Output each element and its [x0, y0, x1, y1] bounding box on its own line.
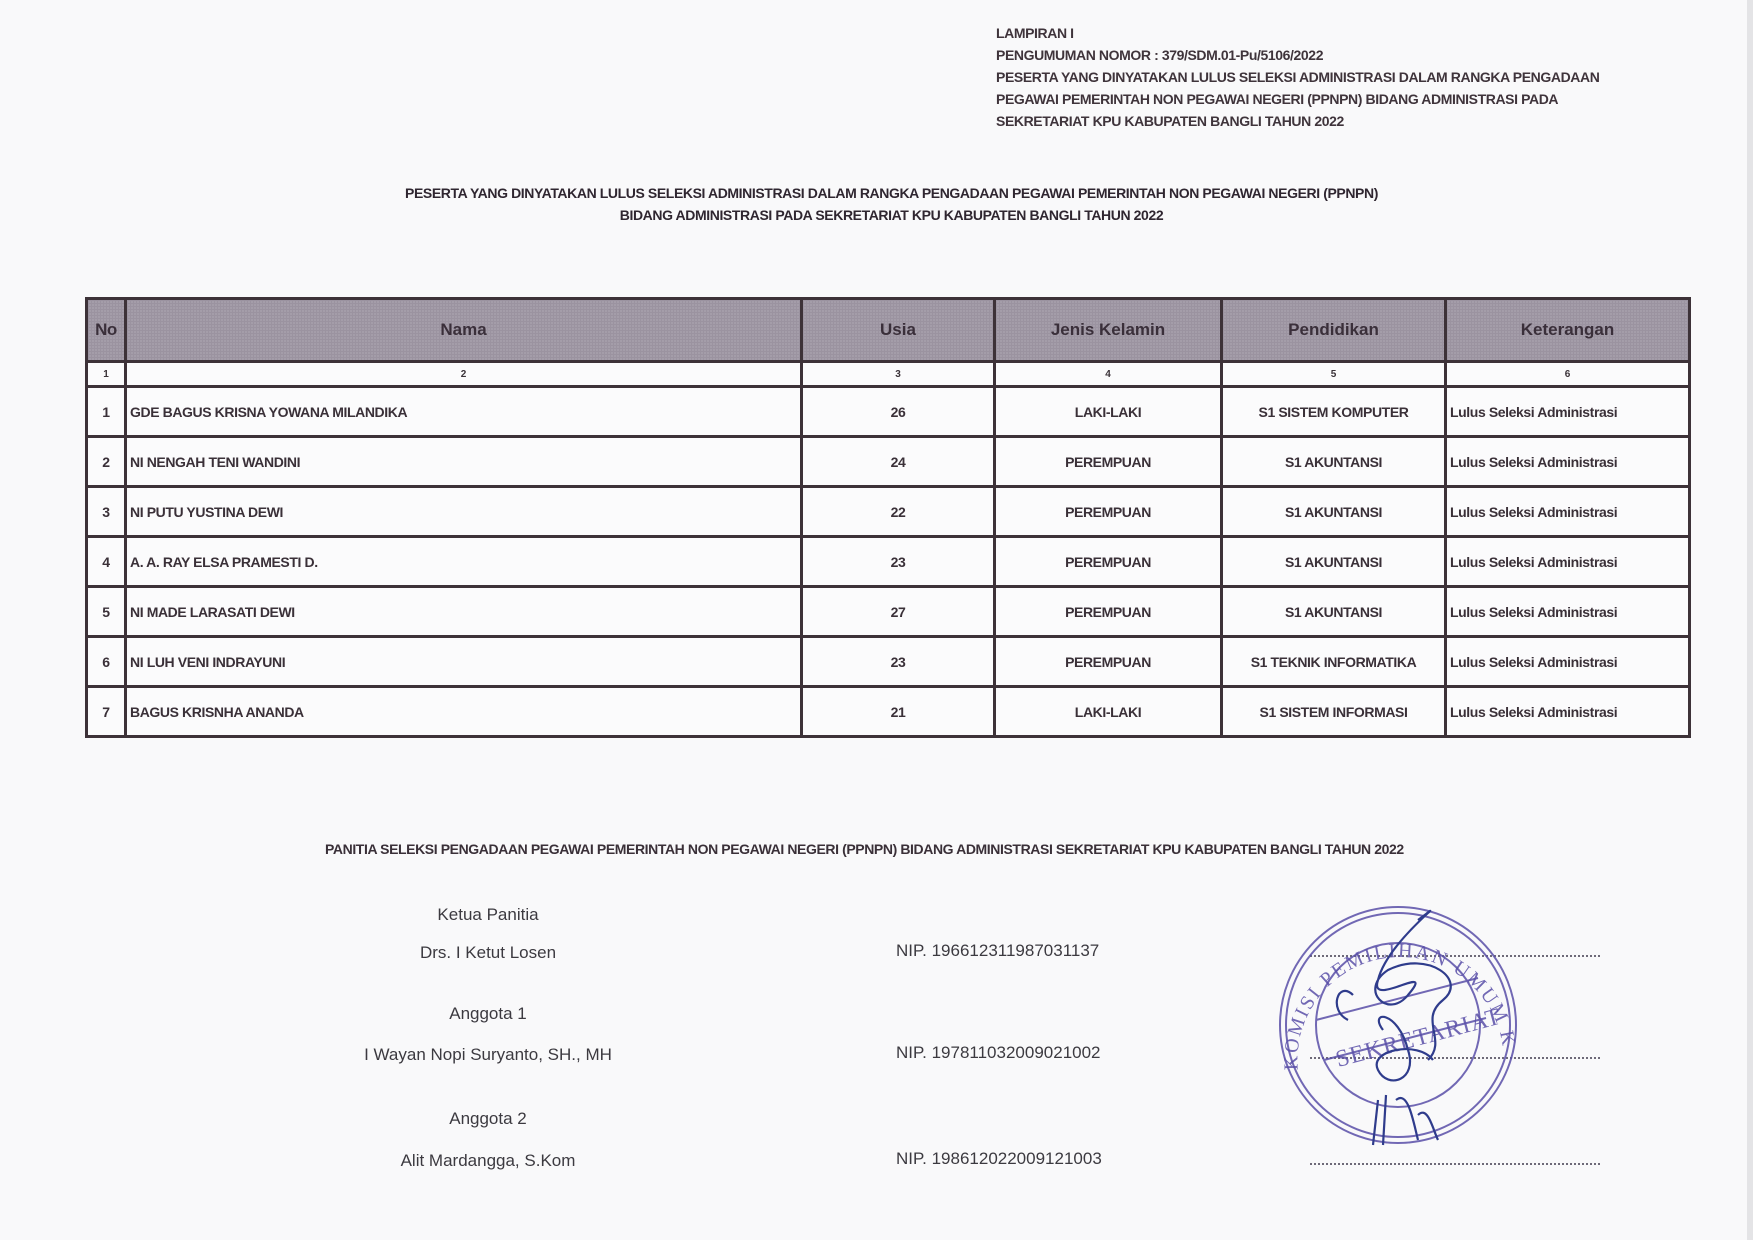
cell-pendidikan: S1 AKUNTANSI [1222, 587, 1446, 637]
table-row: 7BAGUS KRISNHA ANANDA21LAKI-LAKIS1 SISTE… [87, 687, 1690, 737]
page-title-line-2: BIDANG ADMINISTRASI PADA SEKRETARIAT KPU… [0, 204, 1753, 226]
column-header-pendidikan: Pendidikan [1222, 299, 1446, 362]
cell-jenis-kelamin: PEREMPUAN [995, 637, 1222, 687]
table-row: 2NI NENGAH TENI WANDINI24PEREMPUANS1 AKU… [87, 437, 1690, 487]
cell-pendidikan: S1 SISTEM INFORMASI [1222, 687, 1446, 737]
member-nip-chair: NIP. 196612311987031137 [896, 941, 1099, 961]
cell-nama: NI LUH VENI INDRAYUNI [126, 637, 802, 687]
cell-nama: NI PUTU YUSTINA DEWI [126, 487, 802, 537]
cell-no: 1 [87, 387, 126, 437]
cell-pendidikan: S1 SISTEM KOMPUTER [1222, 387, 1446, 437]
cell-keterangan: Lulus Seleksi Administrasi [1446, 487, 1690, 537]
member-name-chair: Drs. I Ketut Losen [288, 943, 688, 963]
cell-jenis-kelamin: PEREMPUAN [995, 537, 1222, 587]
column-header-jenis-kelamin: Jenis Kelamin [995, 299, 1222, 362]
table-header-row: No Nama Usia Jenis Kelamin Pendidikan Ke… [87, 299, 1690, 362]
cell-pendidikan: S1 AKUNTANSI [1222, 537, 1446, 587]
cell-nama: NI MADE LARASATI DEWI [126, 587, 802, 637]
column-header-nama: Nama [126, 299, 802, 362]
member-name-member-2: Alit Mardangga, S.Kom [288, 1151, 688, 1171]
cell-no: 2 [87, 437, 126, 487]
column-index: 3 [802, 362, 995, 387]
committee-title-text: PANITIA SELEKSI PENGADAAN PEGAWAI PEMERI… [325, 840, 1404, 858]
cell-no: 4 [87, 537, 126, 587]
page-title: PESERTA YANG DINYATAKAN LULUS SELEKSI AD… [0, 182, 1753, 226]
cell-jenis-kelamin: LAKI-LAKI [995, 687, 1222, 737]
cell-no: 5 [87, 587, 126, 637]
cell-usia: 23 [802, 637, 995, 687]
member-name-member-1: I Wayan Nopi Suryanto, SH., MH [288, 1045, 688, 1065]
signature-line-member-2 [1310, 1163, 1600, 1165]
participants-table: No Nama Usia Jenis Kelamin Pendidikan Ke… [85, 297, 1691, 738]
member-role-chair: Ketua Panitia [288, 905, 688, 925]
cell-usia: 24 [802, 437, 995, 487]
table-row: 4A. A. RAY ELSA PRAMESTI D.23PEREMPUANS1… [87, 537, 1690, 587]
attachment-subject-line-3: SEKRETARIAT KPU KABUPATEN BANGLI TAHUN 2… [996, 110, 1599, 132]
cell-nama: GDE BAGUS KRISNA YOWANA MILANDIKA [126, 387, 802, 437]
official-stamp-icon: KOMISI PEMILIHAN UMUM KABUPATEN BANGLI S… [1268, 900, 1528, 1150]
cell-usia: 21 [802, 687, 995, 737]
cell-pendidikan: S1 TEKNIK INFORMATIKA [1222, 637, 1446, 687]
column-index-row: 1 2 3 4 5 6 [87, 362, 1690, 387]
column-header-keterangan: Keterangan [1446, 299, 1690, 362]
column-header-usia: Usia [802, 299, 995, 362]
page-title-line-1: PESERTA YANG DINYATAKAN LULUS SELEKSI AD… [0, 182, 1753, 204]
column-index: 6 [1446, 362, 1690, 387]
cell-pendidikan: S1 AKUNTANSI [1222, 487, 1446, 537]
attachment-label: LAMPIRAN I [996, 22, 1599, 44]
column-index: 2 [126, 362, 802, 387]
cell-usia: 27 [802, 587, 995, 637]
cell-no: 7 [87, 687, 126, 737]
attachment-subject-line-2: PEGAWAI PEMERINTAH NON PEGAWAI NEGERI (P… [996, 88, 1599, 110]
cell-keterangan: Lulus Seleksi Administrasi [1446, 437, 1690, 487]
column-header-no: No [87, 299, 126, 362]
cell-usia: 23 [802, 537, 995, 587]
table-row: 5NI MADE LARASATI DEWI27PEREMPUANS1 AKUN… [87, 587, 1690, 637]
column-index: 1 [87, 362, 126, 387]
attachment-header: LAMPIRAN I PENGUMUMAN NOMOR : 379/SDM.01… [996, 22, 1599, 132]
cell-no: 6 [87, 637, 126, 687]
cell-keterangan: Lulus Seleksi Administrasi [1446, 387, 1690, 437]
table-row: 6NI LUH VENI INDRAYUNI23PEREMPUANS1 TEKN… [87, 637, 1690, 687]
cell-nama: A. A. RAY ELSA PRAMESTI D. [126, 537, 802, 587]
cell-nama: BAGUS KRISNHA ANANDA [126, 687, 802, 737]
announcement-number: PENGUMUMAN NOMOR : 379/SDM.01-Pu/5106/20… [996, 44, 1599, 66]
cell-usia: 22 [802, 487, 995, 537]
member-nip-member-1: NIP. 197811032009021002 [896, 1043, 1101, 1063]
column-index: 5 [1222, 362, 1446, 387]
cell-keterangan: Lulus Seleksi Administrasi [1446, 687, 1690, 737]
cell-jenis-kelamin: LAKI-LAKI [995, 387, 1222, 437]
table-row: 3NI PUTU YUSTINA DEWI22PEREMPUANS1 AKUNT… [87, 487, 1690, 537]
cell-nama: NI NENGAH TENI WANDINI [126, 437, 802, 487]
cell-keterangan: Lulus Seleksi Administrasi [1446, 537, 1690, 587]
document-page: LAMPIRAN I PENGUMUMAN NOMOR : 379/SDM.01… [0, 0, 1753, 1240]
cell-jenis-kelamin: PEREMPUAN [995, 487, 1222, 537]
attachment-subject-line-1: PESERTA YANG DINYATAKAN LULUS SELEKSI AD… [996, 66, 1599, 88]
member-role-member-1: Anggota 1 [288, 1004, 688, 1024]
member-role-member-2: Anggota 2 [288, 1109, 688, 1129]
column-index: 4 [995, 362, 1222, 387]
member-nip-member-2: NIP. 198612022009121003 [896, 1149, 1102, 1169]
cell-keterangan: Lulus Seleksi Administrasi [1446, 637, 1690, 687]
cell-no: 3 [87, 487, 126, 537]
table-row: 1GDE BAGUS KRISNA YOWANA MILANDIKA26LAKI… [87, 387, 1690, 437]
cell-jenis-kelamin: PEREMPUAN [995, 587, 1222, 637]
cell-keterangan: Lulus Seleksi Administrasi [1446, 587, 1690, 637]
cell-jenis-kelamin: PEREMPUAN [995, 437, 1222, 487]
cell-pendidikan: S1 AKUNTANSI [1222, 437, 1446, 487]
cell-usia: 26 [802, 387, 995, 437]
